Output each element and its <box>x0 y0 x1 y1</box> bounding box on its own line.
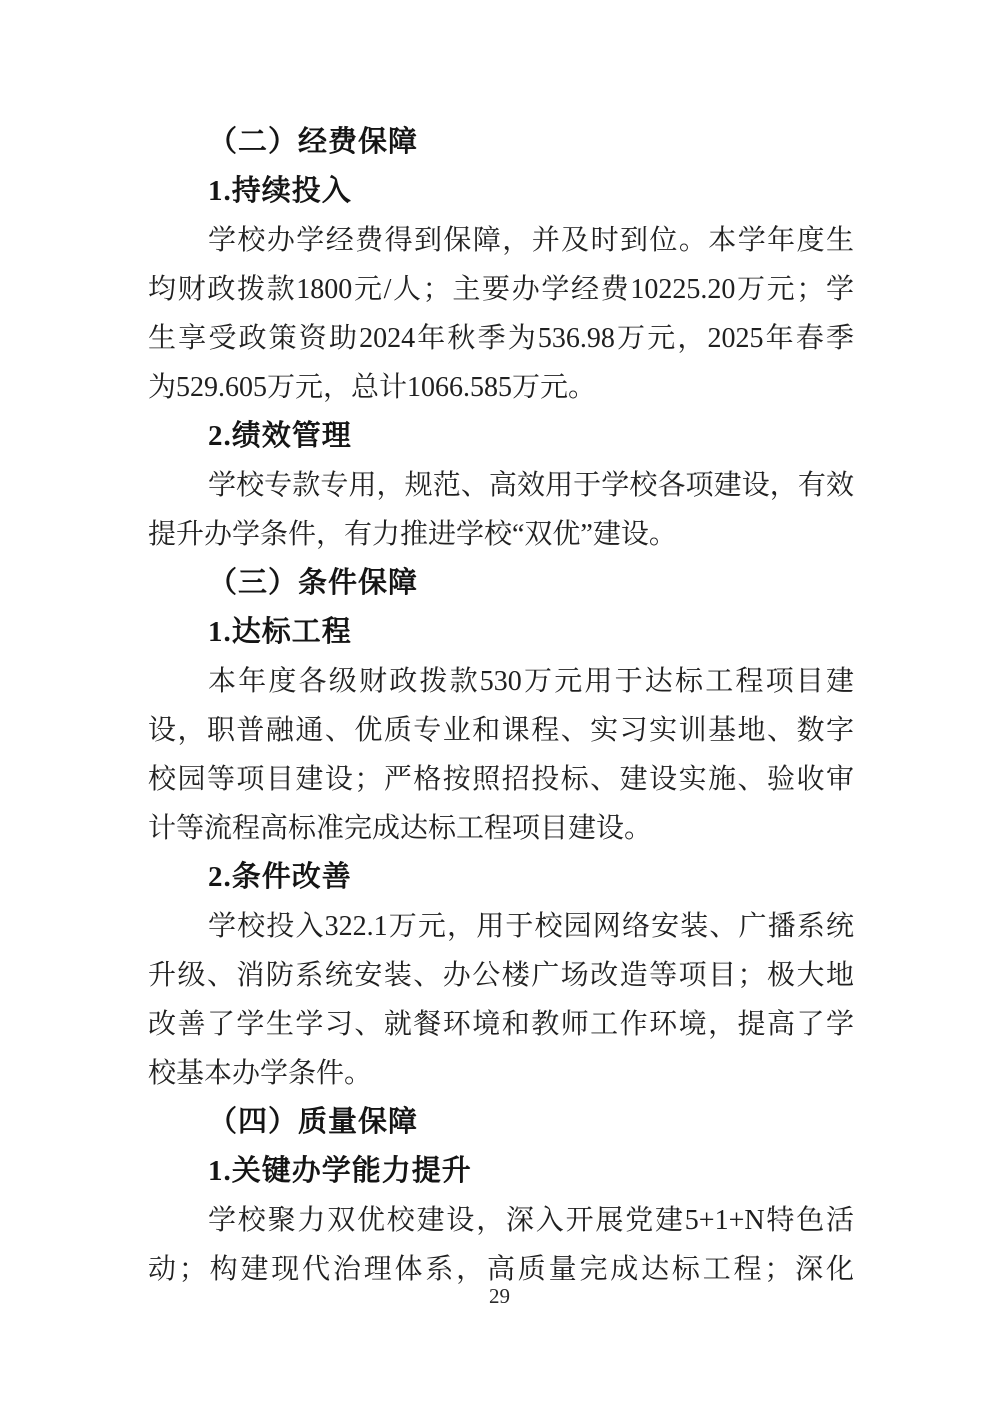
subsection-heading: 2.绩效管理 <box>148 412 854 461</box>
paragraph: 学校聚力双优校建设，深入开展党建5+1+N特色活 动；构建现代治理体系，高质量完… <box>148 1196 854 1294</box>
paragraph-line: 提升办学条件，有力推进学校“双优”建设。 <box>148 510 854 559</box>
paragraph-line: 本年度各级财政拨款530万元用于达标工程项目建 <box>148 657 854 706</box>
paragraph: 学校办学经费得到保障，并及时到位。本学年度生 均财政拨款1800元/人；主要办学… <box>148 216 854 412</box>
subsection-heading: 1.达标工程 <box>148 608 854 657</box>
paragraph: 学校投入322.1万元，用于校园网络安装、广播系统 升级、消防系统安装、办公楼广… <box>148 902 854 1098</box>
paragraph-line: 学校投入322.1万元，用于校园网络安装、广播系统 <box>148 902 854 951</box>
subsection-heading: 1.关键办学能力提升 <box>148 1147 854 1196</box>
paragraph-line: 学校办学经费得到保障，并及时到位。本学年度生 <box>148 216 854 265</box>
page-number: 29 <box>0 1284 999 1309</box>
paragraph-line: 为529.605万元，总计1066.585万元。 <box>148 363 854 412</box>
paragraph-line: 计等流程高标准完成达标工程项目建设。 <box>148 804 854 853</box>
section-heading: （四）质量保障 <box>148 1098 854 1147</box>
document-body: （二）经费保障 1.持续投入 学校办学经费得到保障，并及时到位。本学年度生 均财… <box>148 118 854 1294</box>
paragraph-line: 设，职普融通、优质专业和课程、实习实训基地、数字 <box>148 706 854 755</box>
paragraph-line: 校基本办学条件。 <box>148 1049 854 1098</box>
paragraph-line: 改善了学生学习、就餐环境和教师工作环境，提高了学 <box>148 1000 854 1049</box>
paragraph-line: 学校专款专用，规范、高效用于学校各项建设，有效 <box>148 461 854 510</box>
paragraph: 本年度各级财政拨款530万元用于达标工程项目建 设，职普融通、优质专业和课程、实… <box>148 657 854 853</box>
paragraph: 学校专款专用，规范、高效用于学校各项建设，有效 提升办学条件，有力推进学校“双优… <box>148 461 854 559</box>
paragraph-line: 生享受政策资助2024年秋季为536.98万元，2025年春季 <box>148 314 854 363</box>
section-heading: （二）经费保障 <box>148 118 854 167</box>
paragraph-line: 校园等项目建设；严格按照招投标、建设实施、验收审 <box>148 755 854 804</box>
subsection-heading: 1.持续投入 <box>148 167 854 216</box>
subsection-heading: 2.条件改善 <box>148 853 854 902</box>
paragraph-line: 均财政拨款1800元/人；主要办学经费10225.20万元；学 <box>148 265 854 314</box>
paragraph-line: 学校聚力双优校建设，深入开展党建5+1+N特色活 <box>148 1196 854 1245</box>
section-heading: （三）条件保障 <box>148 559 854 608</box>
document-page: （二）经费保障 1.持续投入 学校办学经费得到保障，并及时到位。本学年度生 均财… <box>0 0 999 1413</box>
paragraph-line: 升级、消防系统安装、办公楼广场改造等项目；极大地 <box>148 951 854 1000</box>
